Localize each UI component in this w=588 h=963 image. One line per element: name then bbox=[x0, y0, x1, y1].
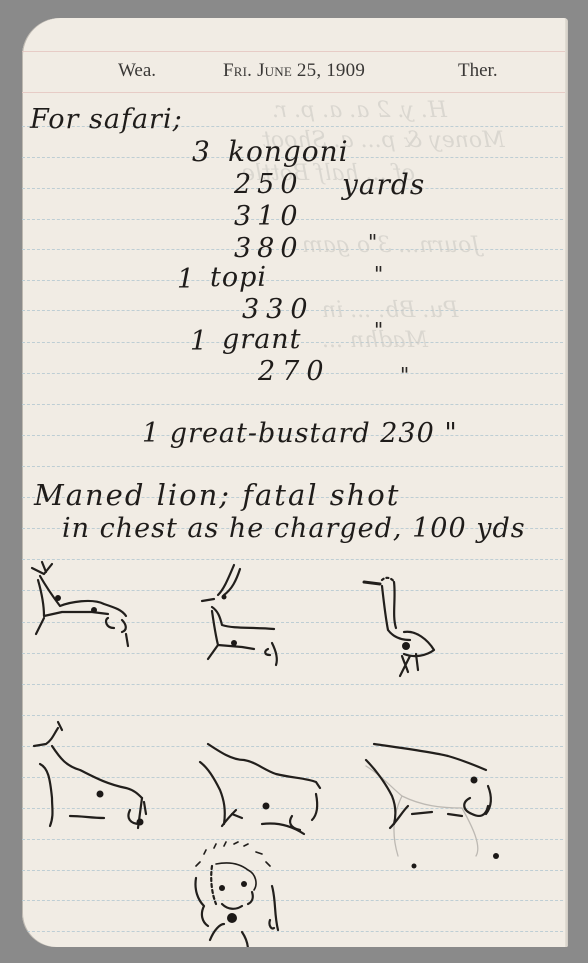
tally-unit: yards bbox=[342, 168, 425, 201]
bleed-through-text: Journ... 3 o gam bbox=[302, 233, 480, 258]
ruled-line bbox=[22, 931, 568, 932]
grant-sketch-icon bbox=[362, 736, 522, 866]
ditto-mark: " bbox=[374, 262, 383, 286]
tally-distance: 310 bbox=[234, 201, 304, 232]
tally-count: 1 bbox=[190, 326, 208, 357]
diary-header: Wea. Fri. June 25, 1909 Ther. bbox=[22, 60, 568, 90]
bustard-sketch-icon bbox=[360, 568, 460, 678]
weather-label: Wea. bbox=[118, 60, 156, 82]
ditto-mark: " bbox=[400, 363, 409, 387]
ruled-line bbox=[22, 715, 568, 716]
diary-page: Wea. Fri. June 25, 1909 Ther. H. y. 2 a.… bbox=[22, 18, 568, 947]
header-rule-bottom bbox=[22, 92, 568, 93]
bleed-through-text: Pu. Bb. ... in bbox=[322, 298, 458, 323]
header-rule-top bbox=[22, 51, 568, 52]
entry-title: For safari; bbox=[30, 104, 183, 135]
antelope-sketch-icon bbox=[182, 563, 292, 673]
tally-distance: 270 bbox=[258, 356, 331, 387]
ruled-line bbox=[22, 404, 568, 405]
tally-distance: 380 bbox=[234, 233, 304, 264]
ditto-mark: " bbox=[368, 230, 377, 254]
tally-count: 3 bbox=[192, 135, 211, 168]
tally-distance: 250 bbox=[234, 169, 304, 200]
ruled-line bbox=[22, 466, 568, 467]
ruled-line bbox=[22, 900, 568, 901]
tally-count: 1 bbox=[177, 264, 195, 295]
tally-animal: topi bbox=[210, 262, 267, 293]
ruled-line bbox=[22, 280, 568, 281]
bustard-line: 1 great-bustard 230 " bbox=[142, 418, 458, 449]
ruled-line bbox=[22, 870, 568, 871]
thermometer-label: Ther. bbox=[458, 60, 498, 82]
bleed-through-text: H. y. 2 a. a. p. r. bbox=[272, 98, 447, 123]
lion-sketch-icon bbox=[182, 840, 292, 947]
tally-animal: grant bbox=[222, 324, 302, 355]
lion-note-line-1: Maned lion; fatal shot bbox=[34, 478, 400, 512]
diary-date: Fri. June 25, 1909 bbox=[223, 60, 365, 82]
ruled-line bbox=[22, 684, 568, 685]
kongoni-sketch-1-icon bbox=[22, 558, 152, 658]
kongoni-sketch-2-icon bbox=[30, 718, 180, 848]
ditto-mark: " bbox=[374, 318, 383, 342]
tally-distance: 330 bbox=[242, 294, 315, 325]
lion-note-line-2: in chest as he charged, 100 yds bbox=[62, 513, 526, 544]
tally-animal: kongoni bbox=[228, 135, 349, 168]
topi-sketch-icon bbox=[192, 734, 332, 844]
